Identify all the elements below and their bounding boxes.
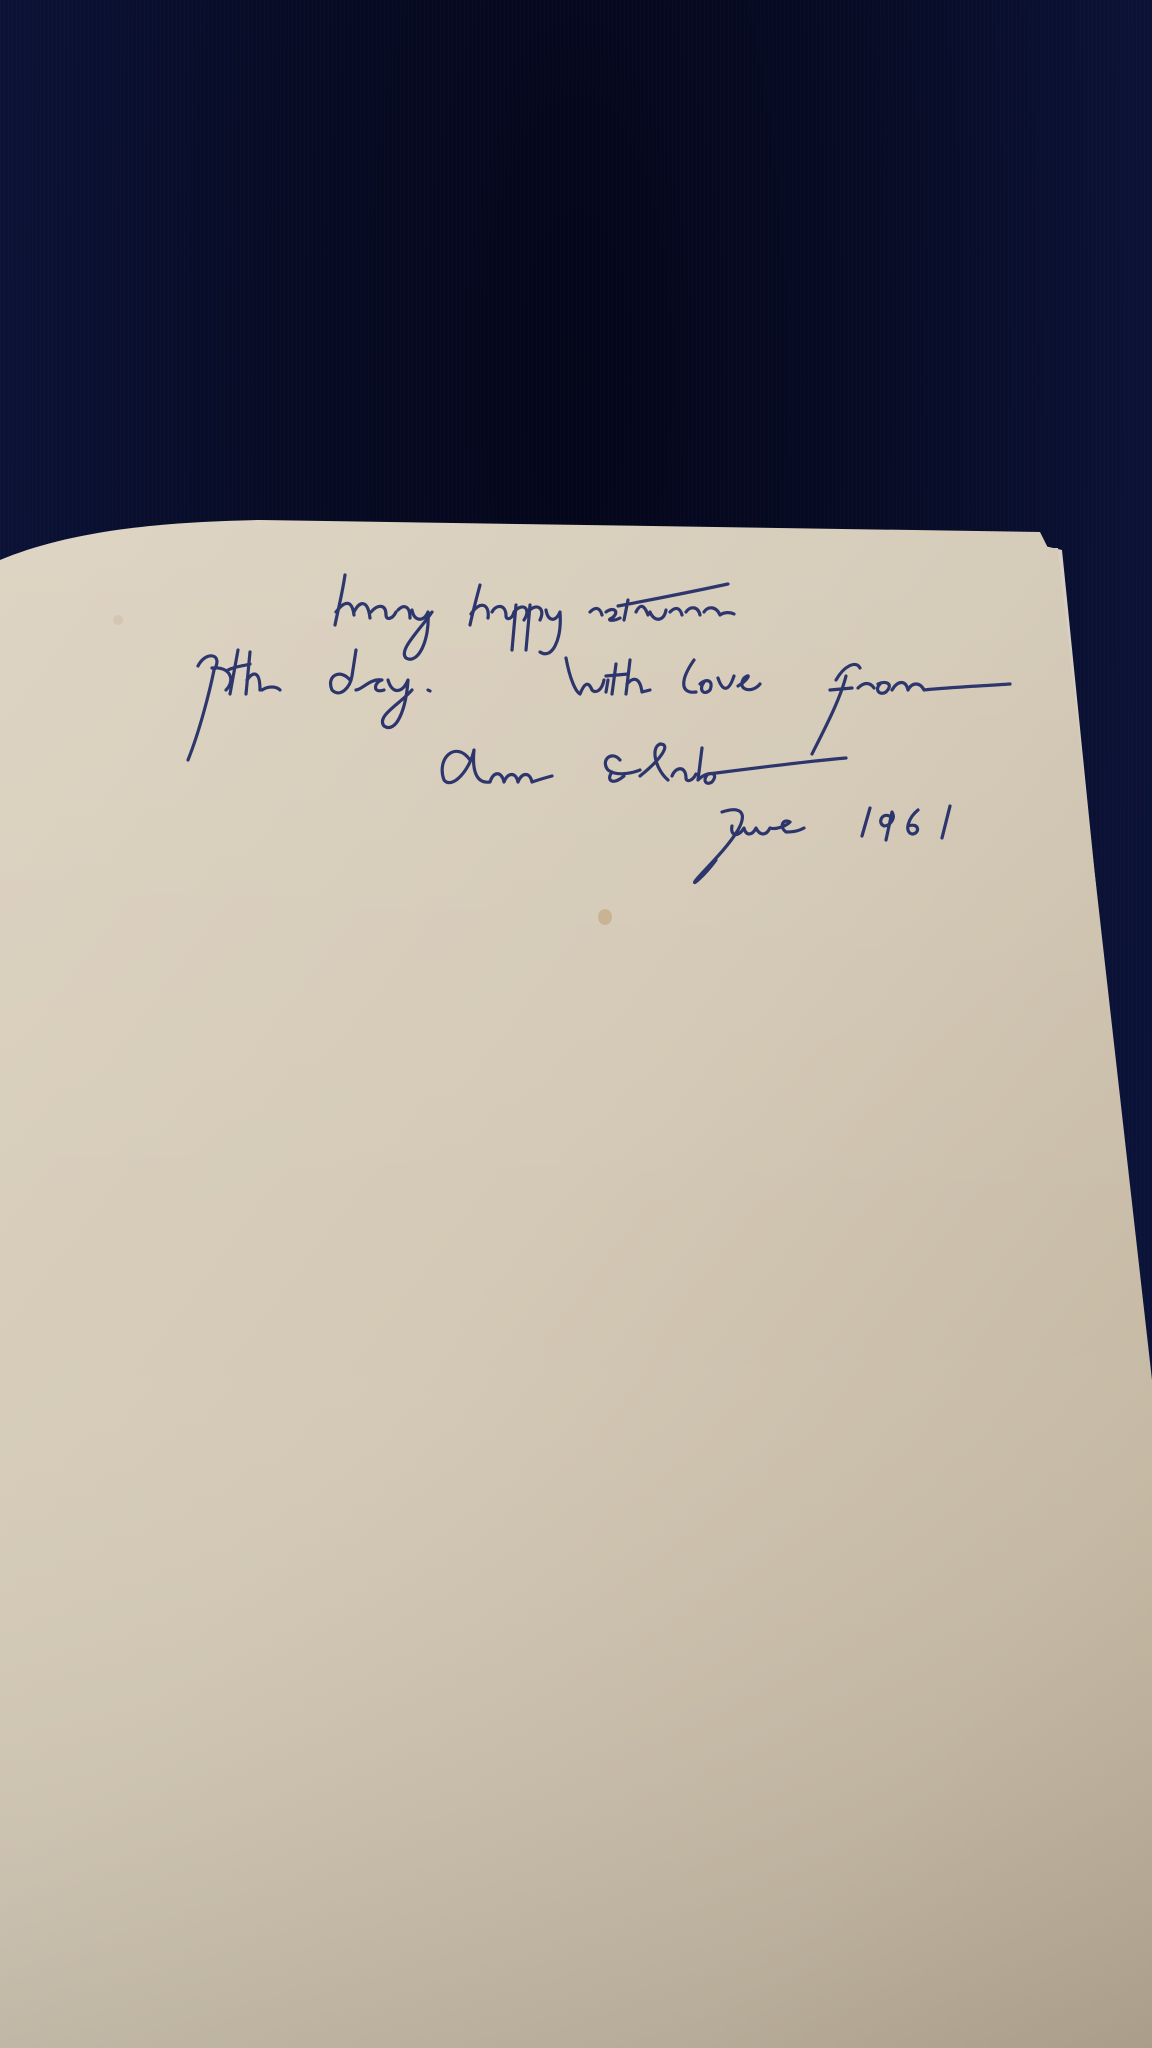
endpaper-illustration xyxy=(0,0,1152,2048)
photo-scene: many happy returns of the day. With love… xyxy=(0,0,1152,2048)
book-endpaper: many happy returns of the day. With love… xyxy=(0,0,1152,2048)
foxing-spot xyxy=(598,909,612,925)
